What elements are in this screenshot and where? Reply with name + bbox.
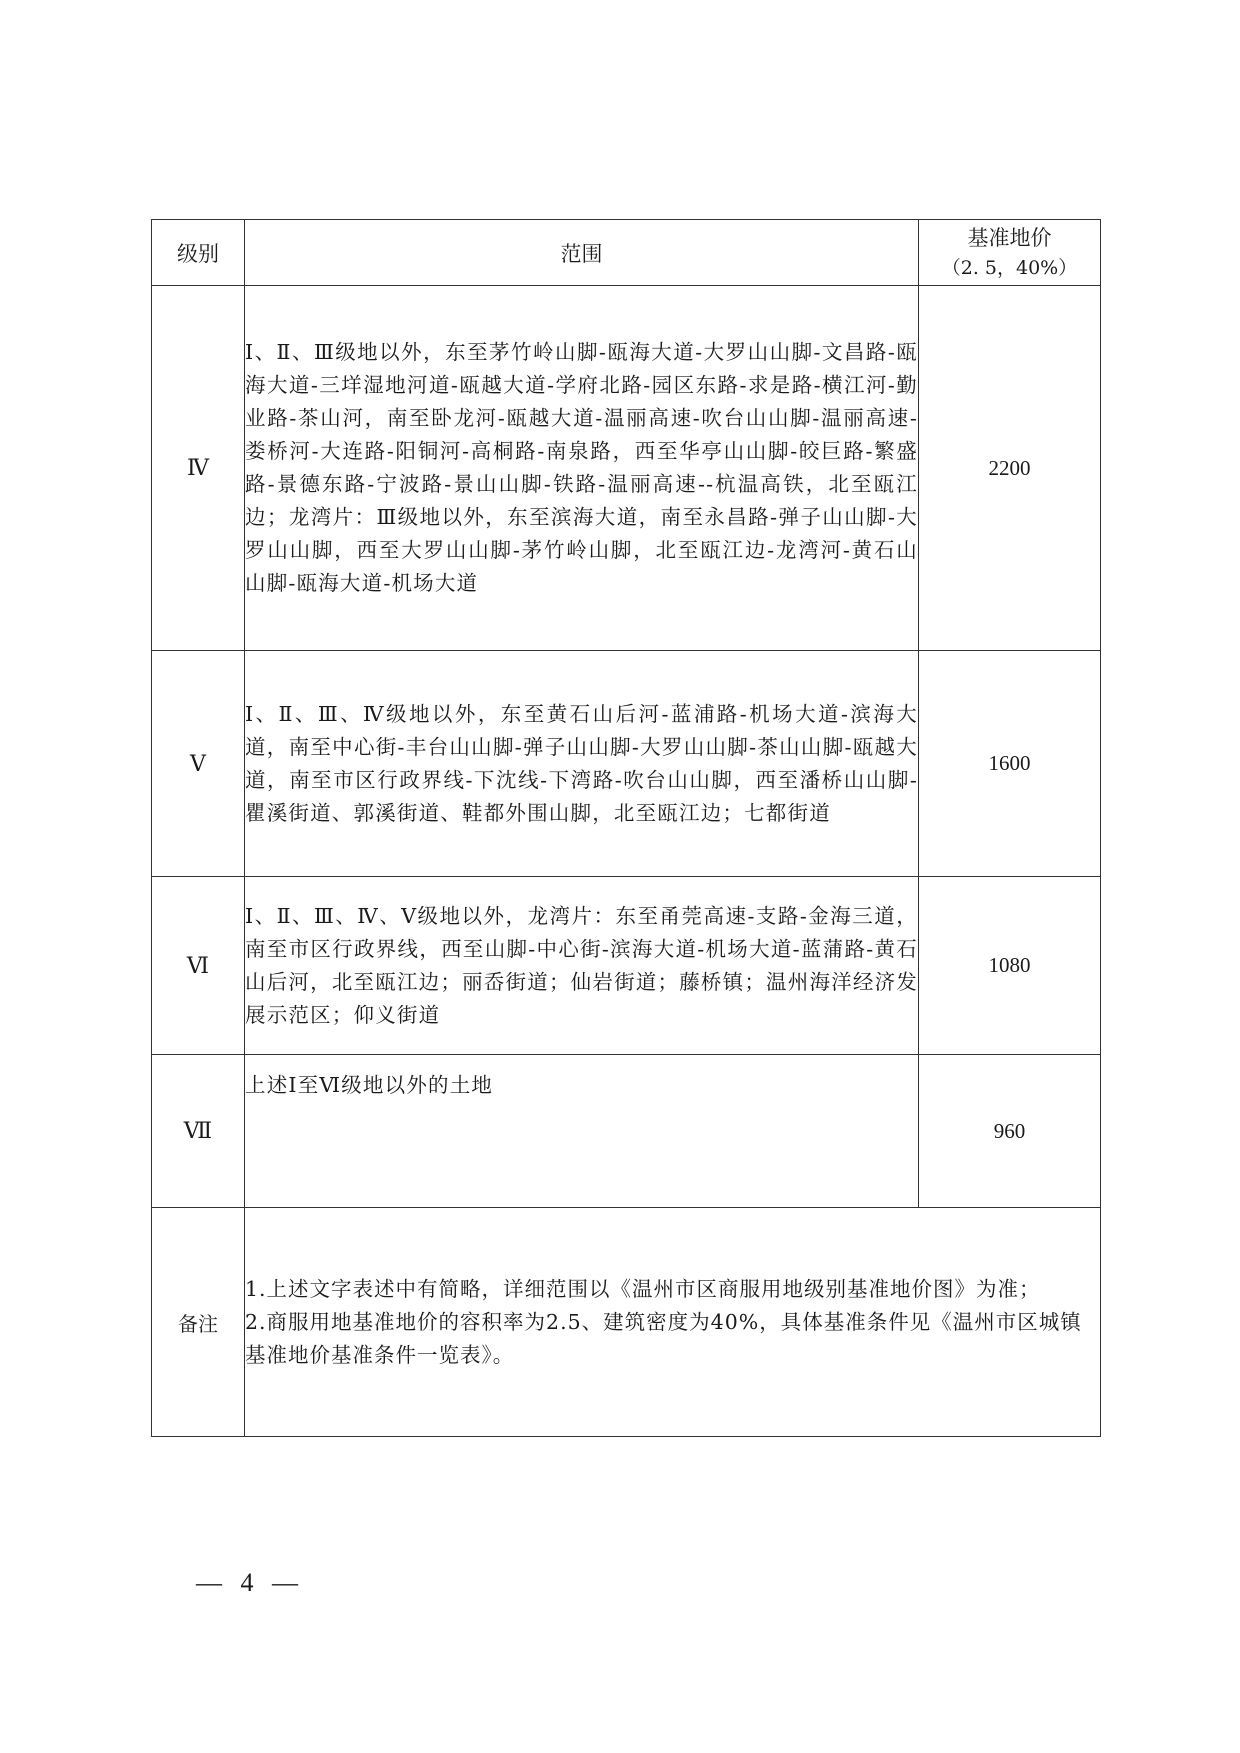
header-price-title: 基准地价	[919, 223, 1100, 253]
header-price: 基准地价 （2. 5，40%）	[919, 220, 1101, 286]
grade-range: Ⅰ、Ⅱ、Ⅲ、Ⅳ、Ⅴ级地以外，龙湾片：东至甬莞高速-支路-金海三道，南至市区行政界…	[245, 877, 919, 1055]
note-item: 1.上述文字表述中有简略，详细范围以《温州市区商服用地级别基准地价图》为准；	[245, 1273, 1100, 1306]
notes-row: 备注 1.上述文字表述中有简略，详细范围以《温州市区商服用地级别基准地价图》为准…	[152, 1208, 1101, 1437]
grade-price: 1600	[919, 651, 1101, 877]
notes-label: 备注	[152, 1208, 245, 1437]
grade-range: Ⅰ、Ⅱ、Ⅲ级地以外，东至茅竹岭山脚-瓯海大道-大罗山山脚-文昌路-瓯海大道-三垟…	[245, 286, 919, 651]
table-row: Ⅴ Ⅰ、Ⅱ、Ⅲ、Ⅳ级地以外，东至黄石山后河-蓝浦路-机场大道-滨海大道，南至中心…	[152, 651, 1101, 877]
header-level: 级别	[152, 220, 245, 286]
grade-price: 960	[919, 1055, 1101, 1208]
grade-range: 上述Ⅰ至Ⅵ级地以外的土地	[245, 1055, 919, 1208]
header-range: 范围	[245, 220, 919, 286]
table-row: Ⅵ Ⅰ、Ⅱ、Ⅲ、Ⅳ、Ⅴ级地以外，龙湾片：东至甬莞高速-支路-金海三道，南至市区行…	[152, 877, 1101, 1055]
table-row: Ⅳ Ⅰ、Ⅱ、Ⅲ级地以外，东至茅竹岭山脚-瓯海大道-大罗山山脚-文昌路-瓯海大道-…	[152, 286, 1101, 651]
grade-level: Ⅳ	[152, 286, 245, 651]
grade-level: Ⅶ	[152, 1055, 245, 1208]
grade-range: Ⅰ、Ⅱ、Ⅲ、Ⅳ级地以外，东至黄石山后河-蓝浦路-机场大道-滨海大道，南至中心街-…	[245, 651, 919, 877]
table-row: Ⅶ 上述Ⅰ至Ⅵ级地以外的土地 960	[152, 1055, 1101, 1208]
notes-body: 1.上述文字表述中有简略，详细范围以《温州市区商服用地级别基准地价图》为准； 2…	[245, 1208, 1101, 1437]
page-number: — 4 —	[196, 1568, 304, 1598]
note-item: 2.商服用地基准地价的容积率为2.5、建筑密度为40%，具体基准条件见《温州市区…	[245, 1306, 1100, 1372]
header-price-conditions: （2. 5，40%）	[919, 253, 1100, 283]
table-header-row: 级别 范围 基准地价 （2. 5，40%）	[152, 220, 1101, 286]
land-price-grade-table: 级别 范围 基准地价 （2. 5，40%） Ⅳ Ⅰ、Ⅱ、Ⅲ级地以外，东至茅竹岭山…	[151, 219, 1101, 1437]
grade-level: Ⅵ	[152, 877, 245, 1055]
grade-price: 2200	[919, 286, 1101, 651]
grade-price: 1080	[919, 877, 1101, 1055]
grade-level: Ⅴ	[152, 651, 245, 877]
